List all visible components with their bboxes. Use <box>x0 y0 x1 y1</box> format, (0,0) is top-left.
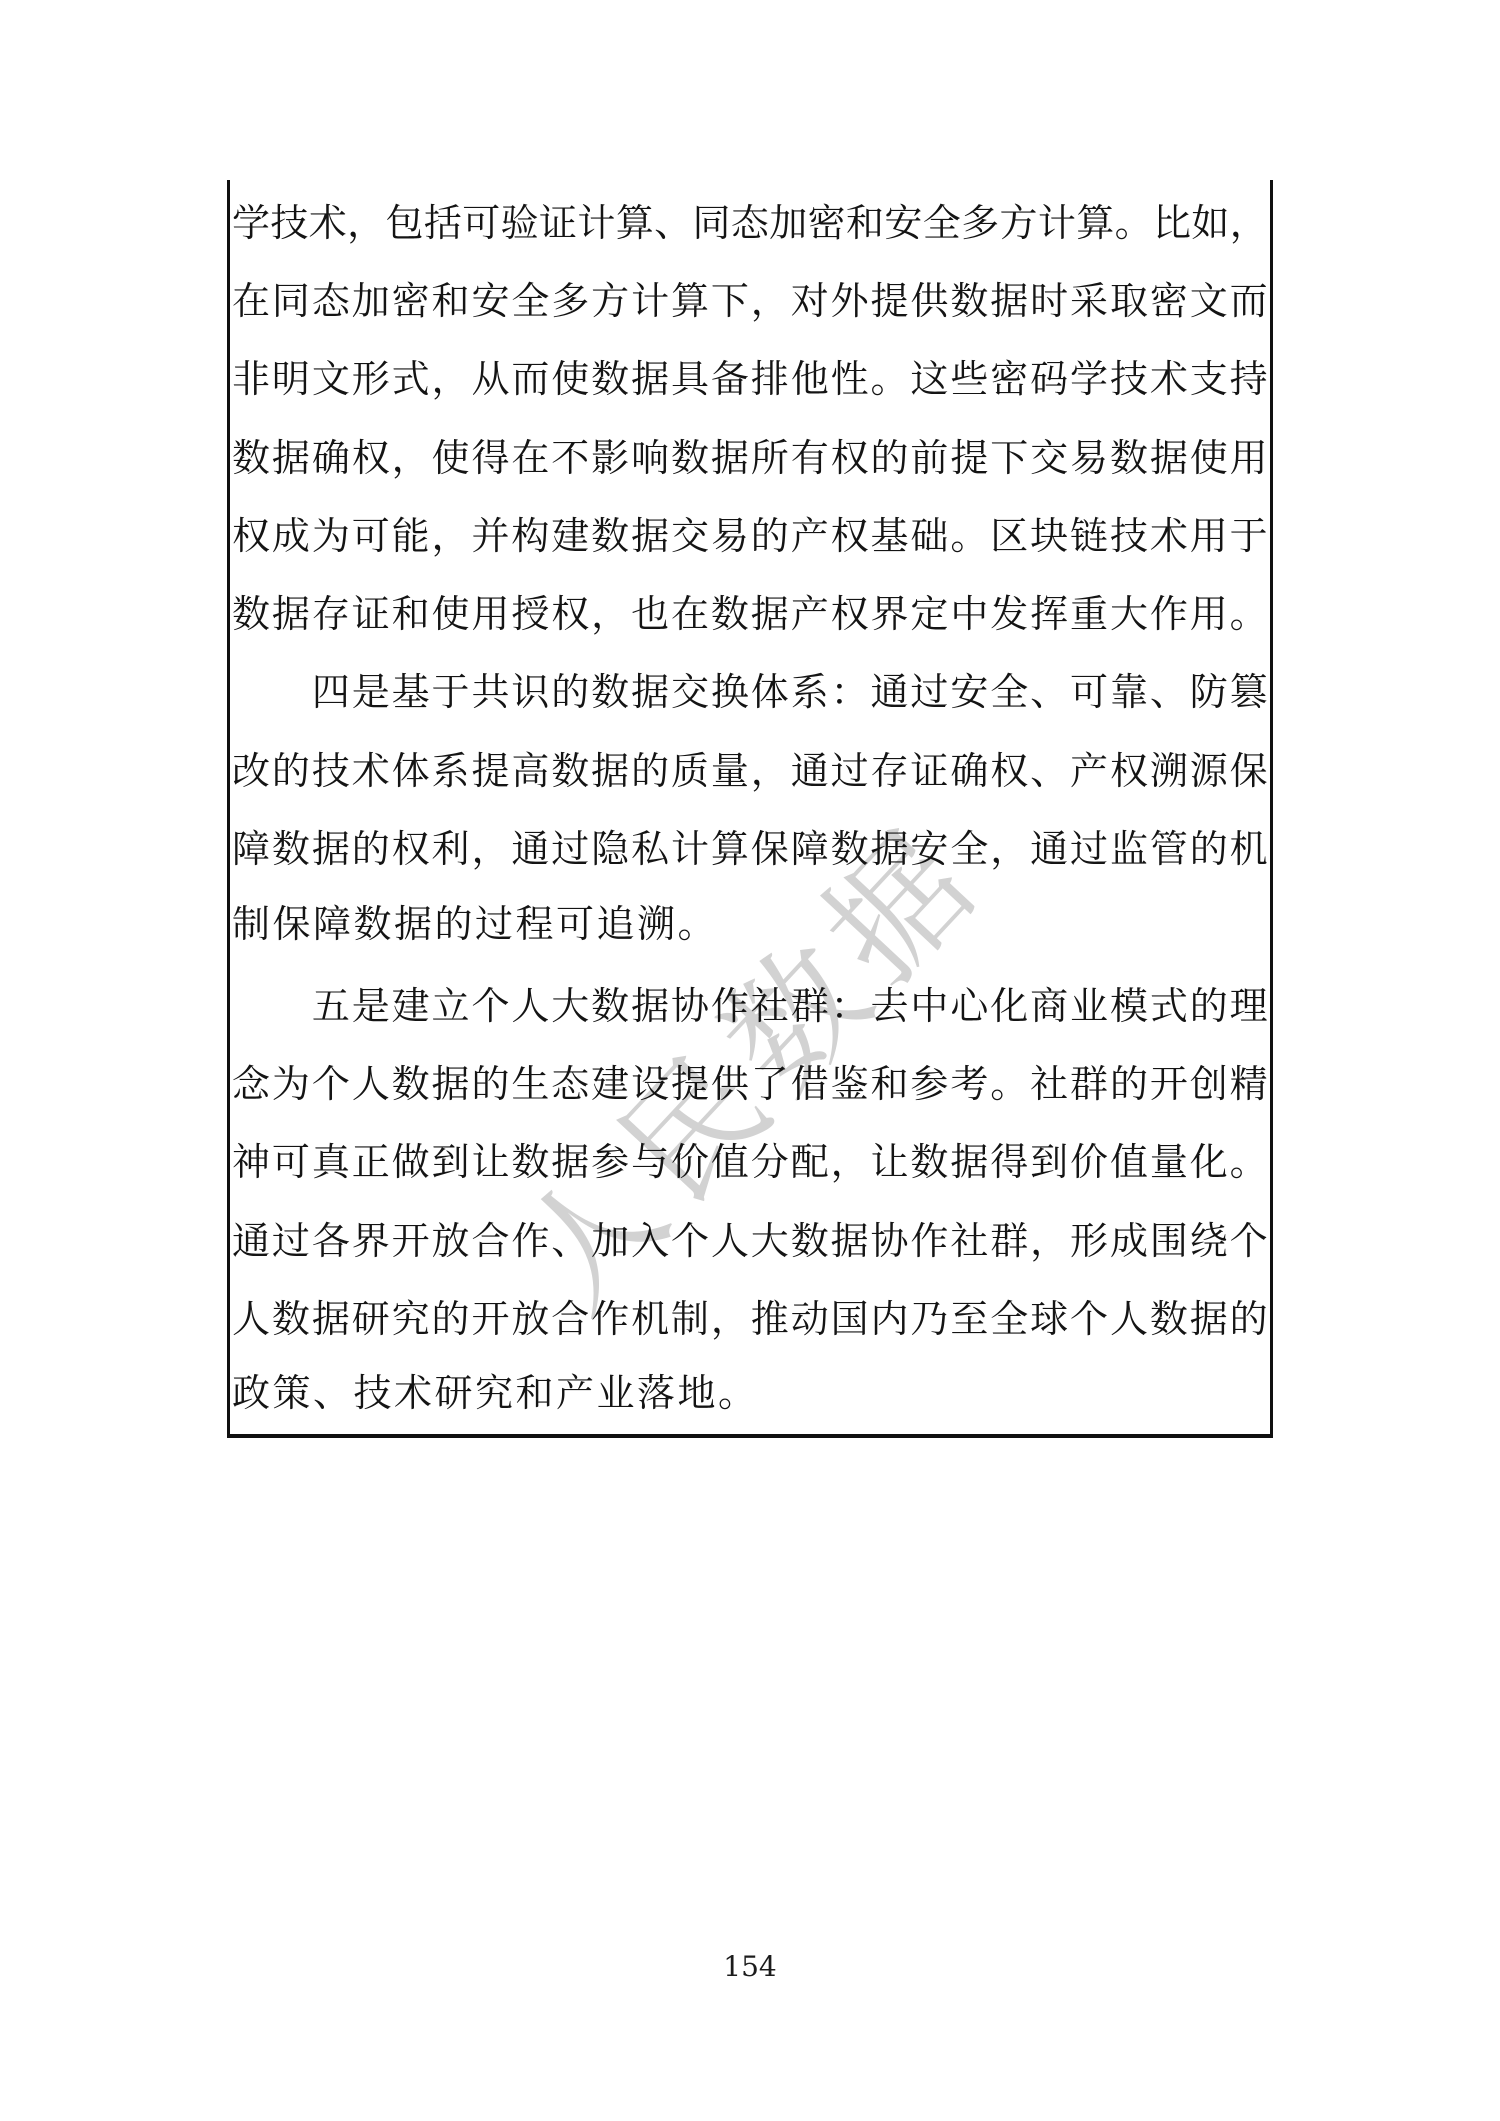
text-line-5: 权成为可能，并构建数据交易的产权基础。区块链技术用于 <box>232 493 1268 571</box>
text-line-1: 学技术，包括可验证计算、同态加密和安全多方计算。比如， <box>232 180 1268 258</box>
text-line-6: 数据存证和使用授权，也在数据产权界定中发挥重大作用。 <box>232 571 1268 649</box>
text-line-12: 念为个人数据的生态建设提供了借鉴和参考。社群的开创精 <box>232 1041 1268 1119</box>
text-line-9: 障数据的权利，通过隐私计算保障数据安全，通过监管的机 <box>232 806 1268 884</box>
text-line-10: 制保障数据的过程可追溯。 <box>232 885 1268 963</box>
text-line-16: 政策、技术研究和产业落地。 <box>232 1354 1268 1432</box>
text-line-2: 在同态加密和安全多方计算下，对外提供数据时采取密文而 <box>232 258 1268 336</box>
text-line-7: 四是基于共识的数据交换体系：通过安全、可靠、防篡 <box>232 650 1268 728</box>
text-line-8: 改的技术体系提高数据的质量，通过存证确权、产权溯源保 <box>232 728 1268 806</box>
text-line-15: 人数据研究的开放合作机制，推动国内乃至全球个人数据的 <box>232 1276 1268 1354</box>
text-line-14: 通过各界开放合作、加入个人大数据协作社群，形成围绕个 <box>232 1198 1268 1276</box>
text-line-3: 非明文形式，从而使数据具备排他性。这些密码学技术支持 <box>232 337 1268 415</box>
text-line-13: 神可真正做到让数据参与价值分配，让数据得到价值量化。 <box>232 1120 1268 1198</box>
page-number: 154 <box>0 1950 1500 1983</box>
text-box: 学技术，包括可验证计算、同态加密和安全多方计算。比如，在同态加密和安全多方计算下… <box>227 180 1273 1438</box>
document-page: 人民数据 学技术，包括可验证计算、同态加密和安全多方计算。比如，在同态加密和安全… <box>0 0 1500 2121</box>
text-line-4: 数据确权，使得在不影响数据所有权的前提下交易数据使用 <box>232 415 1268 493</box>
text-line-11: 五是建立个人大数据协作社群：去中心化商业模式的理 <box>232 963 1268 1041</box>
